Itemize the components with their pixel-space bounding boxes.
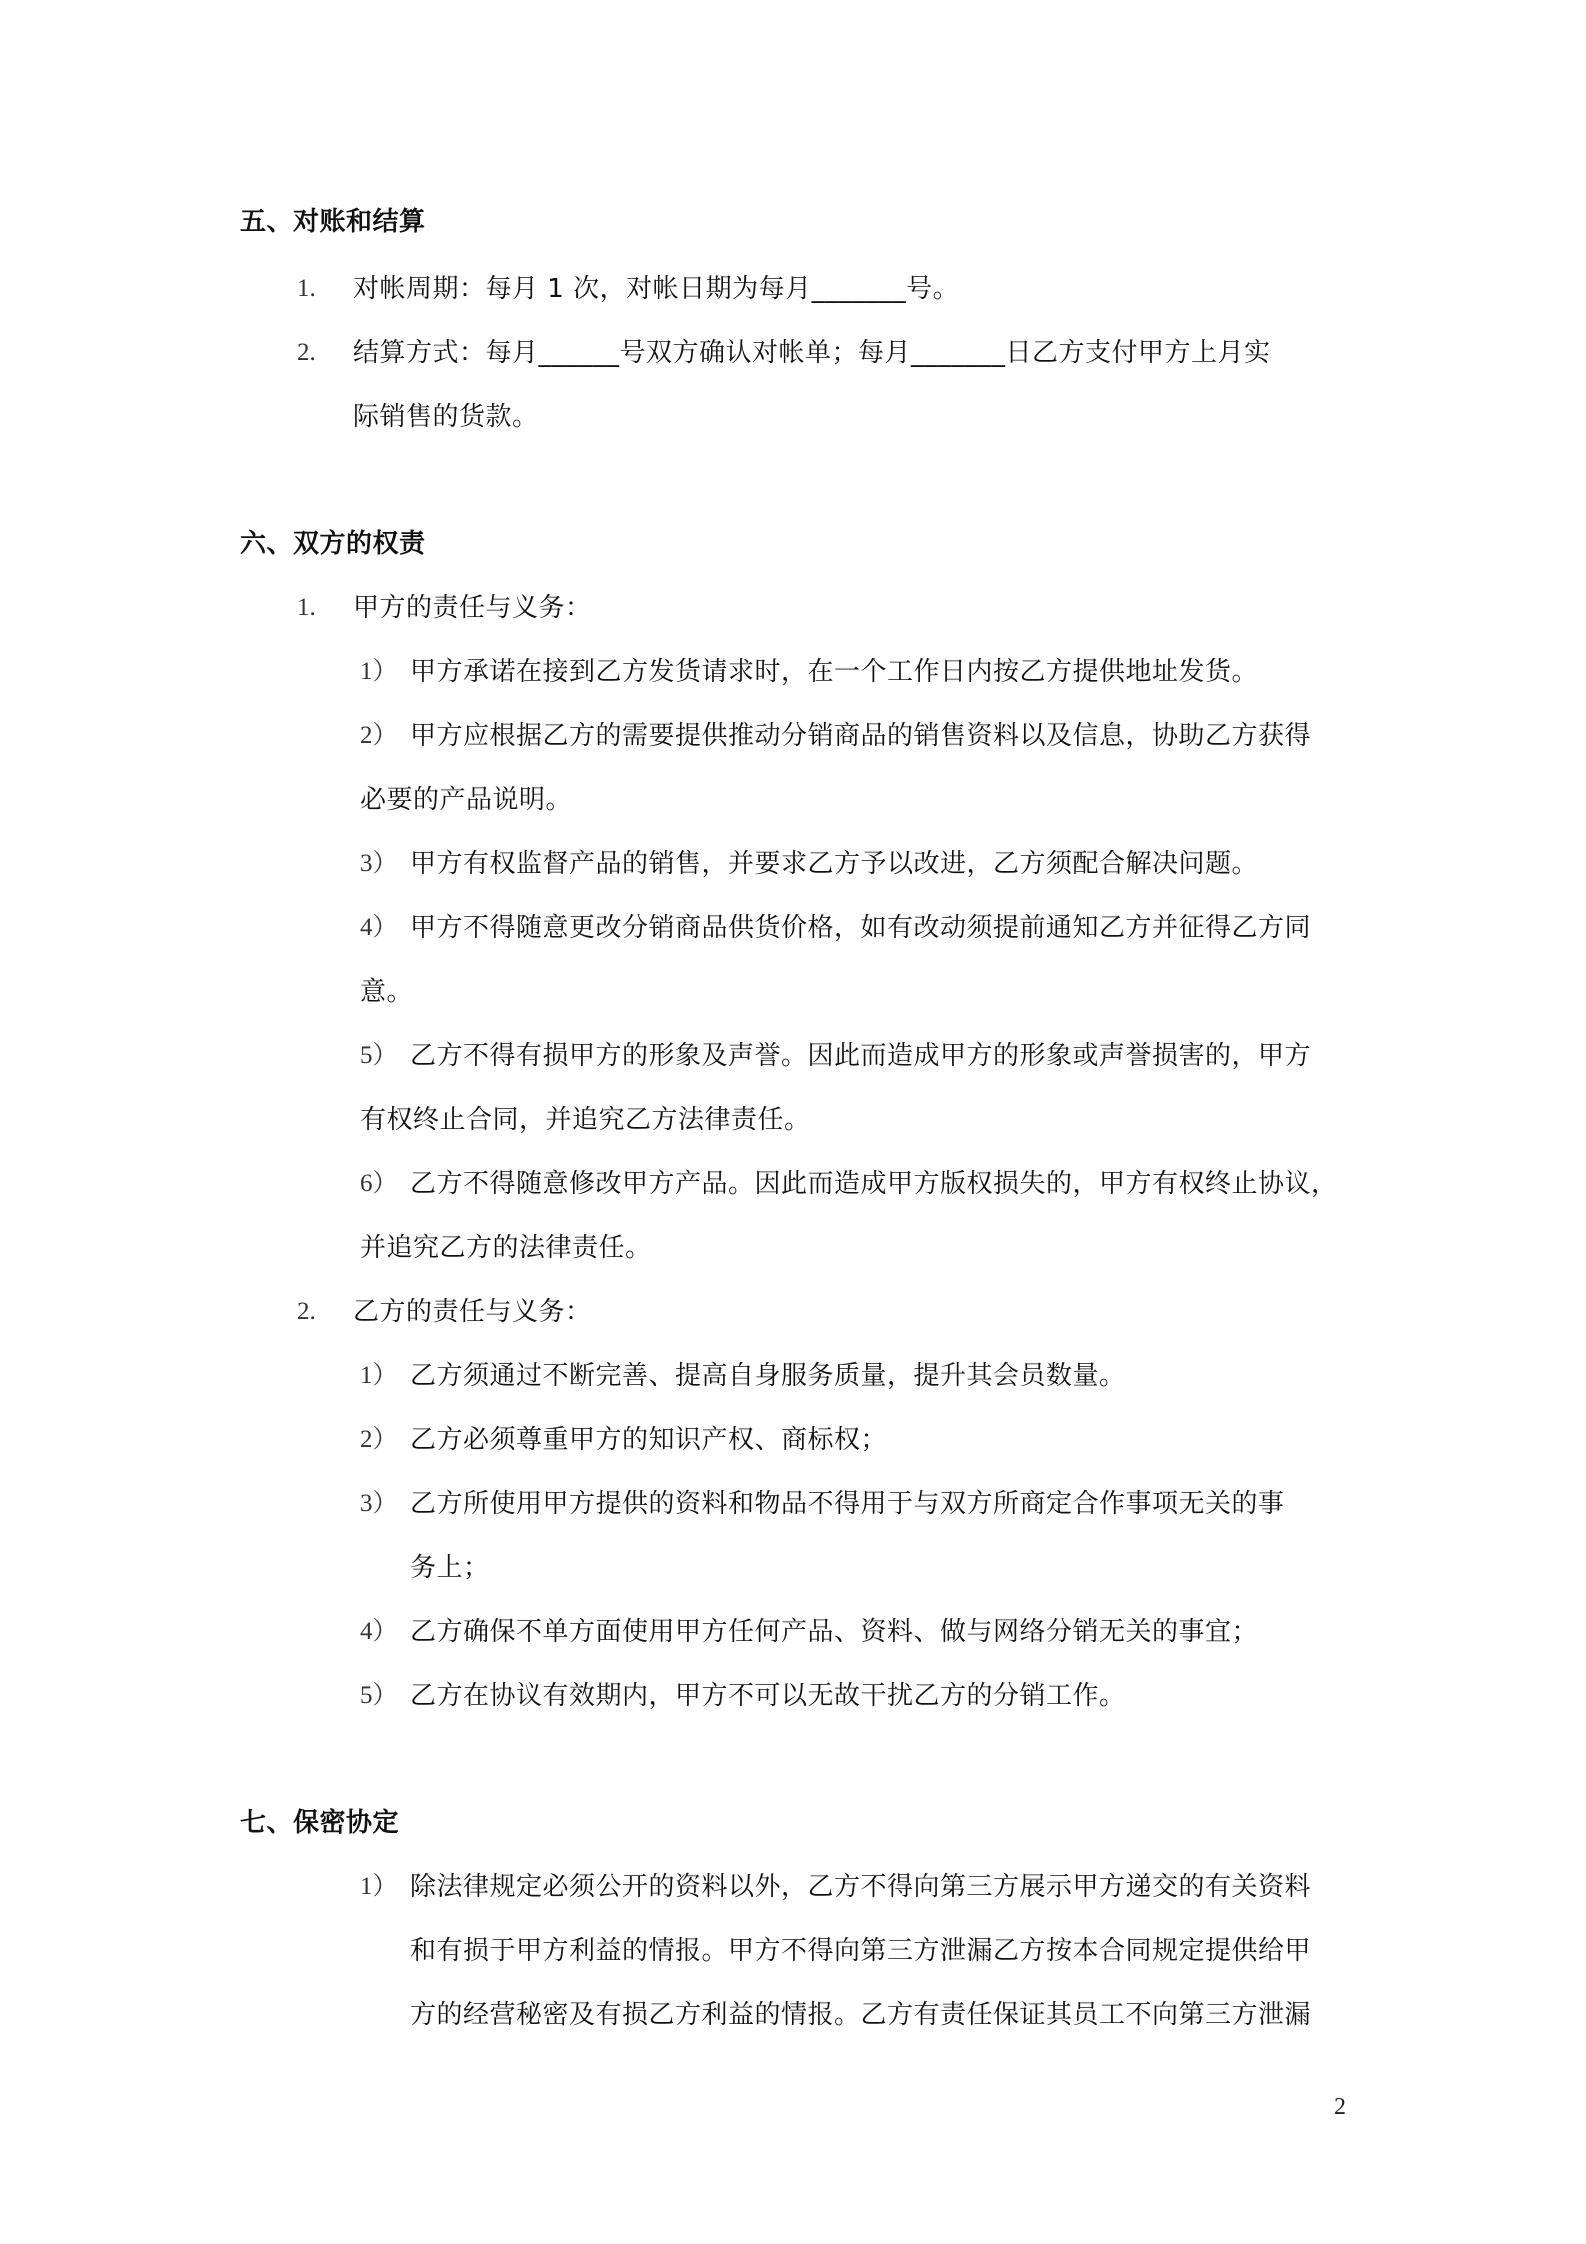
subitem-text-continued: 并追究乙方的法律责任。 xyxy=(360,1231,652,1265)
subitem-text-continued: 方的经营秘密及有损乙方利益的情报。乙方有责任保证其员工不向第三方泄漏 xyxy=(410,1998,1311,2032)
item-number: 1. xyxy=(297,591,316,625)
section-heading-7: 七、保密协定 xyxy=(240,1806,399,1840)
subitem-text-continued: 意。 xyxy=(360,975,413,1009)
item-number: 1. xyxy=(297,272,316,306)
subitem-number: 1） xyxy=(360,655,398,689)
subitem-text: 乙方不得有损甲方的形象及声誉。因此而造成甲方的形象或声誉损害的，甲方 xyxy=(410,1039,1311,1073)
page-number: 2 xyxy=(1334,2094,1346,2121)
subitem-text-continued: 必要的产品说明。 xyxy=(360,783,572,817)
item-text: 乙方的责任与义务： xyxy=(353,1295,592,1329)
item-number: 2. xyxy=(297,1295,316,1329)
subitem-number: 4） xyxy=(360,1615,398,1649)
item-number: 2. xyxy=(297,336,316,370)
subitem-number: 1） xyxy=(360,1870,398,1904)
subitem-text: 乙方须通过不断完善、提高自身服务质量，提升其会员数量。 xyxy=(410,1359,1126,1393)
subitem-text-continued: 务上； xyxy=(410,1551,490,1585)
subitem-text: 甲方应根据乙方的需要提供推动分销商品的销售资料以及信息，协助乙方获得 xyxy=(410,719,1311,753)
item-text: 结算方式：每月______号双方确认对帐单；每月_______日乙方支付甲方上月… xyxy=(353,336,1271,370)
subitem-number: 3） xyxy=(360,847,398,881)
subitem-text: 除法律规定必须公开的资料以外，乙方不得向第三方展示甲方递交的有关资料 xyxy=(410,1870,1311,1904)
subitem-number: 4） xyxy=(360,911,398,945)
item-text: 对帐周期：每月 1 次，对帐日期为每月_______号。 xyxy=(353,272,959,306)
item-text: 甲方的责任与义务： xyxy=(353,591,592,625)
subitem-text: 乙方所使用甲方提供的资料和物品不得用于与双方所商定合作事项无关的事 xyxy=(410,1487,1285,1521)
subitem-text: 乙方必须尊重甲方的知识产权、商标权； xyxy=(410,1423,887,1457)
section-heading-5: 五、对账和结算 xyxy=(240,205,426,239)
subitem-number: 6） xyxy=(360,1167,398,1201)
document-page: 五、对账和结算 1. 对帐周期：每月 1 次，对帐日期为每月_______号。 … xyxy=(0,0,1586,2244)
subitem-number: 3） xyxy=(360,1487,398,1521)
subitem-number: 1） xyxy=(360,1359,398,1393)
subitem-text: 乙方在协议有效期内，甲方不可以无故干扰乙方的分销工作。 xyxy=(410,1679,1126,1713)
subitem-number: 5） xyxy=(360,1679,398,1713)
section-heading-6: 六、双方的权责 xyxy=(240,527,426,561)
subitem-number: 5） xyxy=(360,1039,398,1073)
subitem-text: 乙方确保不单方面使用甲方任何产品、资料、做与网络分销无关的事宜； xyxy=(410,1615,1258,1649)
subitem-text: 甲方承诺在接到乙方发货请求时，在一个工作日内按乙方提供地址发货。 xyxy=(410,655,1258,689)
subitem-text-continued: 和有损于甲方利益的情报。甲方不得向第三方泄漏乙方按本合同规定提供给甲 xyxy=(410,1934,1311,1968)
subitem-text: 甲方有权监督产品的销售，并要求乙方予以改进，乙方须配合解决问题。 xyxy=(410,847,1258,881)
subitem-text: 甲方不得随意更改分销商品供货价格，如有改动须提前通知乙方并征得乙方同 xyxy=(410,911,1311,945)
subitem-number: 2） xyxy=(360,719,398,753)
subitem-number: 2） xyxy=(360,1423,398,1457)
item-text-continued: 际销售的货款。 xyxy=(353,400,539,434)
subitem-text-continued: 有权终止合同，并追究乙方法律责任。 xyxy=(360,1103,811,1137)
subitem-text: 乙方不得随意修改甲方产品。因此而造成甲方版权损失的，甲方有权终止协议， xyxy=(410,1167,1338,1201)
